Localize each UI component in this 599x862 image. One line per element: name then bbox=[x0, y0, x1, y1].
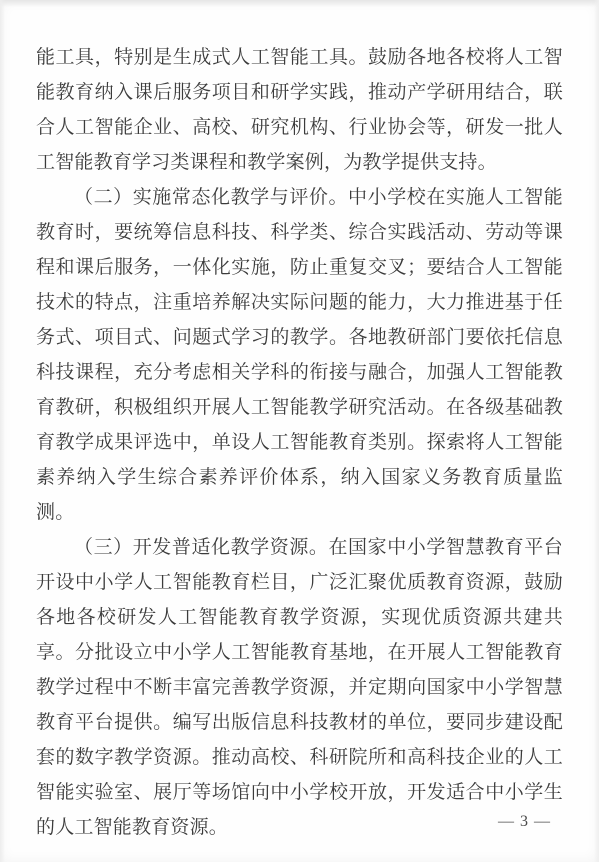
scan-edge-right bbox=[594, 0, 599, 862]
document-page: 能工具，特别是生成式人工智能工具。鼓励各地各校将人工智能教育纳入课后服务项目和研… bbox=[0, 0, 599, 862]
paragraph-section-3: （三）开发普适化教学资源。在国家中小学智慧教育平台开设中小学人工智能教育栏目，广… bbox=[36, 530, 563, 845]
page-number: — 3 — bbox=[36, 812, 563, 832]
scan-edge-left bbox=[0, 0, 5, 862]
paragraph-section-2: （二）实施常态化教学与评价。中小学校在实施人工智能教育时，要统筹信息科技、科学类… bbox=[36, 180, 563, 530]
scan-edge-top bbox=[0, 0, 599, 7]
paragraph-continuation: 能工具，特别是生成式人工智能工具。鼓励各地各校将人工智能教育纳入课后服务项目和研… bbox=[36, 40, 563, 180]
document-body: 能工具，特别是生成式人工智能工具。鼓励各地各校将人工智能教育纳入课后服务项目和研… bbox=[36, 40, 563, 845]
